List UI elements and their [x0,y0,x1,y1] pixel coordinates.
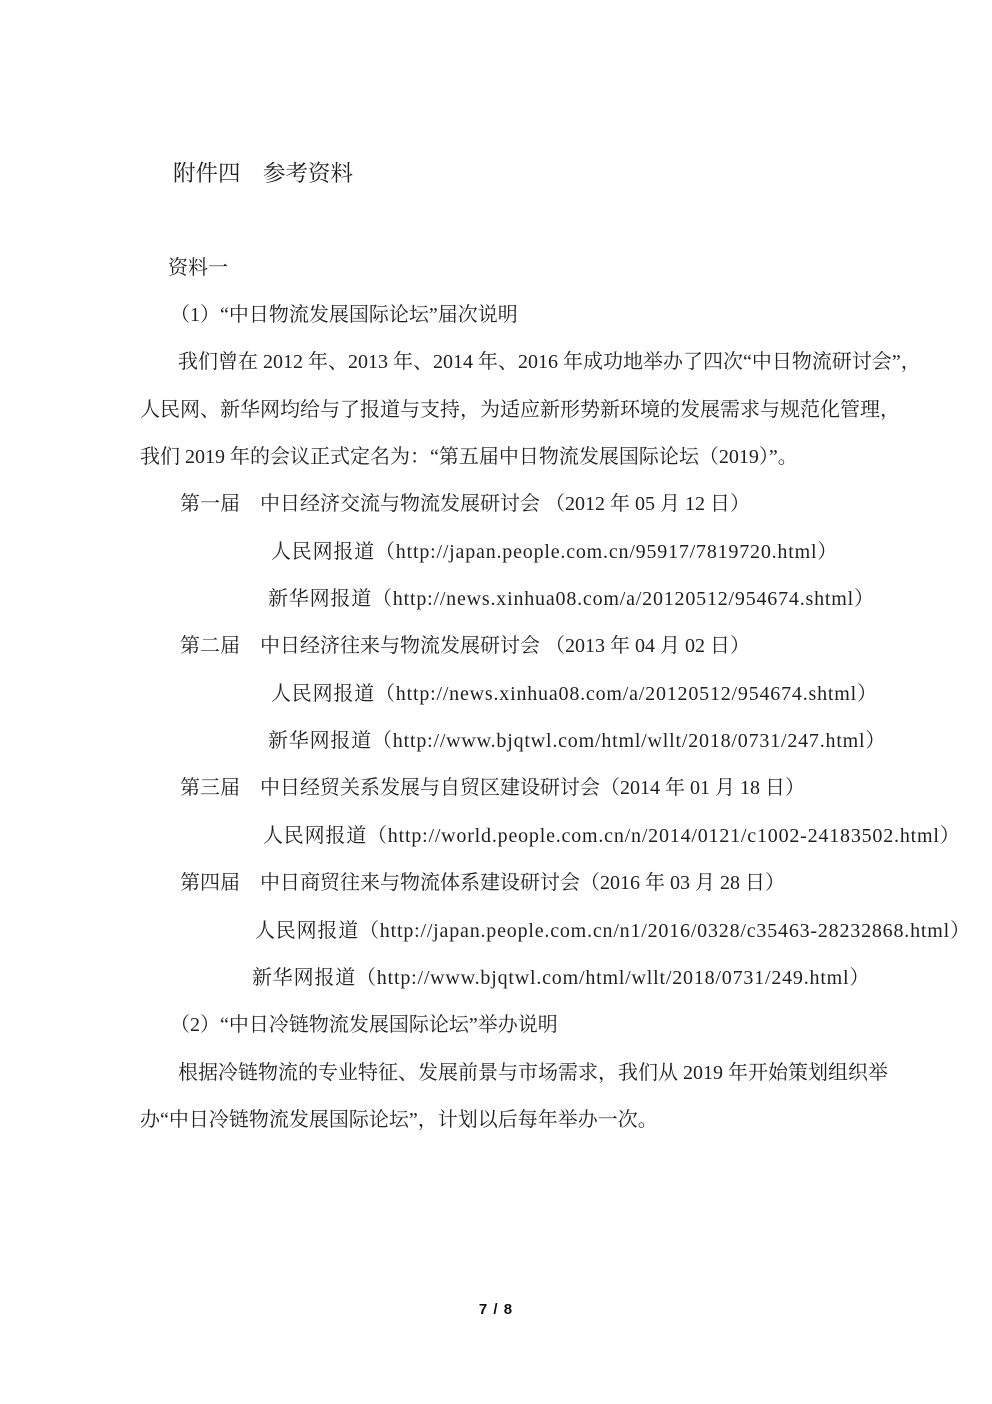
forum-4-title: 第四届 中日商贸往来与物流体系建设研讨会（2016 年 03 月 28 日） [140,860,852,907]
forum-4-report-1: 人民网报道（http://japan.people.com.cn/n1/2016… [140,908,852,955]
intro-line-2: 人民网、新华网均给与了报道与支持，为适应新形势新环境的发展需求与规范化管理， [140,387,852,434]
page-number: 7 / 8 [0,1301,992,1318]
blank-line [140,197,852,244]
forum-1-report-2: 新华网报道（http://news.xinhua08.com/a/2012051… [140,576,852,623]
intro-line-3: 我们 2019 年的会议正式定名为：“第五届中日物流发展国际论坛（2019）”。 [140,434,852,481]
forum-2-report-2: 新华网报道（http://www.bjqtwl.com/html/wllt/20… [140,718,852,765]
forum-4-report-2: 新华网报道（http://www.bjqtwl.com/html/wllt/20… [140,955,852,1002]
forum-2-title: 第二届 中日经济往来与物流发展研讨会 （2013 年 04 月 02 日） [140,623,852,670]
subsection-2-heading: （2）“中日冷链物流发展国际论坛”举办说明 [140,1002,852,1049]
attachment-heading: 附件四 参考资料 [140,150,852,197]
document-page: 附件四 参考资料 资料一 （1）“中日物流发展国际论坛”届次说明 我们曾在 20… [0,0,992,1404]
forum-3-report-1: 人民网报道（http://world.people.com.cn/n/2014/… [140,813,852,860]
forum-1-report-1: 人民网报道（http://japan.people.com.cn/95917/7… [140,529,852,576]
closing-line-1: 根据冷链物流的专业特征、发展前景与市场需求，我们从 2019 年开始策划组织举 [140,1050,852,1097]
closing-line-2: 办“中日冷链物流发展国际论坛”，计划以后每年举办一次。 [140,1097,852,1144]
forum-2-report-1: 人民网报道（http://news.xinhua08.com/a/2012051… [140,671,852,718]
section-label: 资料一 [140,245,852,292]
forum-3-title: 第三届 中日经贸关系发展与自贸区建设研讨会（2014 年 01 月 18 日） [140,765,852,812]
subsection-1-heading: （1）“中日物流发展国际论坛”届次说明 [140,292,852,339]
intro-line-1: 我们曾在 2012 年、2013 年、2014 年、2016 年成功地举办了四次… [140,339,852,386]
forum-1-title: 第一届 中日经济交流与物流发展研讨会 （2012 年 05 月 12 日） [140,481,852,528]
document-content: 附件四 参考资料 资料一 （1）“中日物流发展国际论坛”届次说明 我们曾在 20… [140,150,852,1144]
